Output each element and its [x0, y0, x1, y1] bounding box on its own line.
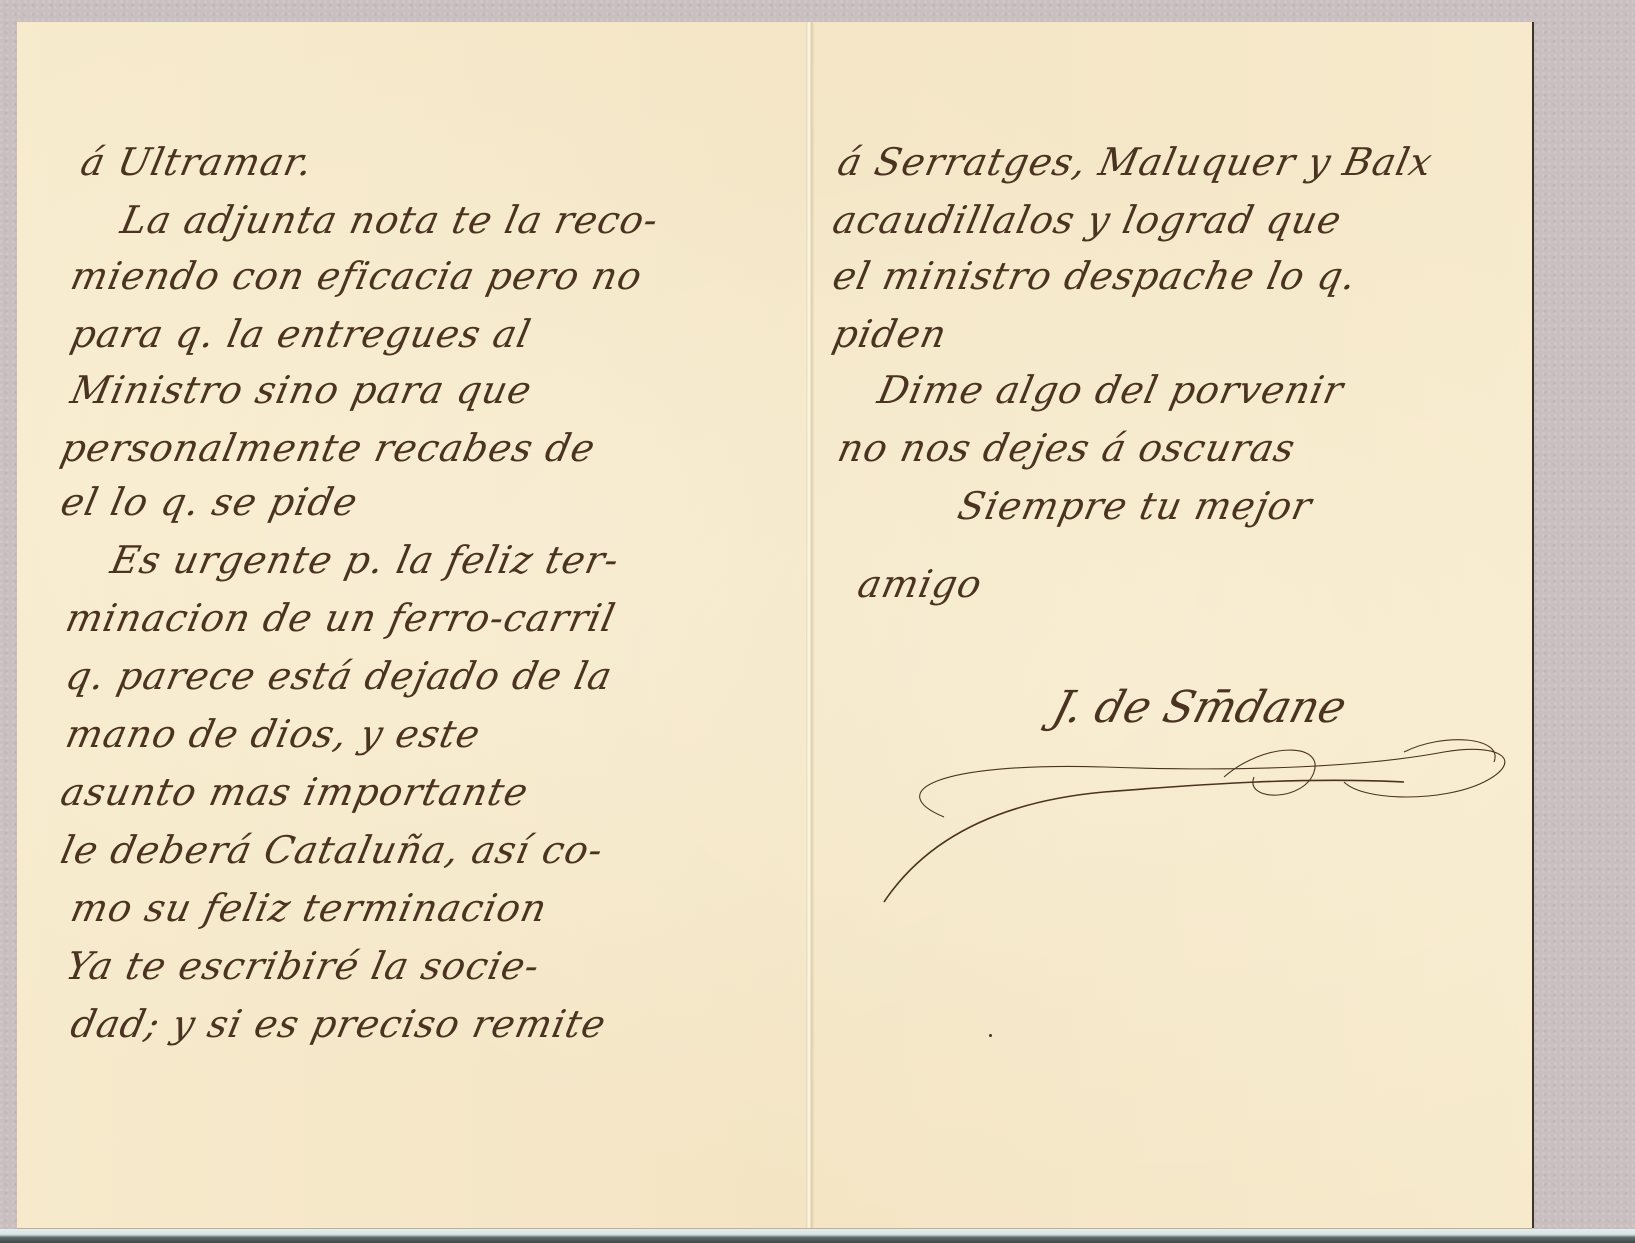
- text-line: le deberá Cataluña, así co-: [57, 828, 608, 872]
- text-line: á Serratges, Maluquer y Balx: [834, 140, 1437, 184]
- fold-crease: [806, 22, 814, 1228]
- text-line: q. parece está dejado de la: [62, 654, 617, 698]
- text-line: mano de dios, y este: [62, 712, 485, 756]
- ink-dot: [989, 1034, 992, 1037]
- text-line: el lo q. se pide: [57, 480, 362, 524]
- text-line: Dime algo del porvenir: [874, 368, 1348, 412]
- text-line: á Ultramar.: [77, 140, 317, 184]
- left-page: á Ultramar. La adjunta nota te la reco- …: [17, 22, 806, 1228]
- text-line: acaudillalos y lograd que: [829, 198, 1346, 242]
- text-line: La adjunta nota te la reco-: [117, 198, 663, 242]
- text-line: personalmente recabes de: [57, 426, 600, 470]
- text-line: Ministro sino para que: [67, 368, 536, 412]
- text-line: piden: [829, 312, 951, 356]
- letter-sheet: á Ultramar. La adjunta nota te la reco- …: [17, 22, 1532, 1228]
- scanner-edge: [0, 1229, 1635, 1243]
- text-line: Es urgente p. la feliz ter-: [107, 538, 624, 582]
- text-line: no nos dejes á oscuras: [834, 426, 1300, 470]
- text-line: dad; y si es preciso remite: [67, 1002, 610, 1046]
- text-line: para q. la entregues al: [67, 312, 535, 356]
- text-line: Siempre tu mejor: [954, 484, 1316, 528]
- text-line: Ya te escribiré la socie-: [62, 944, 544, 988]
- signature-flourish-icon: [844, 722, 1524, 922]
- text-line: el ministro despache lo q.: [829, 254, 1361, 298]
- text-line: asunto mas importante: [57, 770, 533, 814]
- text-line: miendo con eficacia pero no: [67, 254, 647, 298]
- right-page: á Serratges, Maluquer y Balx acaudillalo…: [814, 22, 1532, 1228]
- text-line: minacion de un ferro-carril: [62, 596, 620, 640]
- text-line: amigo: [854, 562, 986, 606]
- text-line: mo su feliz terminacion: [67, 886, 551, 930]
